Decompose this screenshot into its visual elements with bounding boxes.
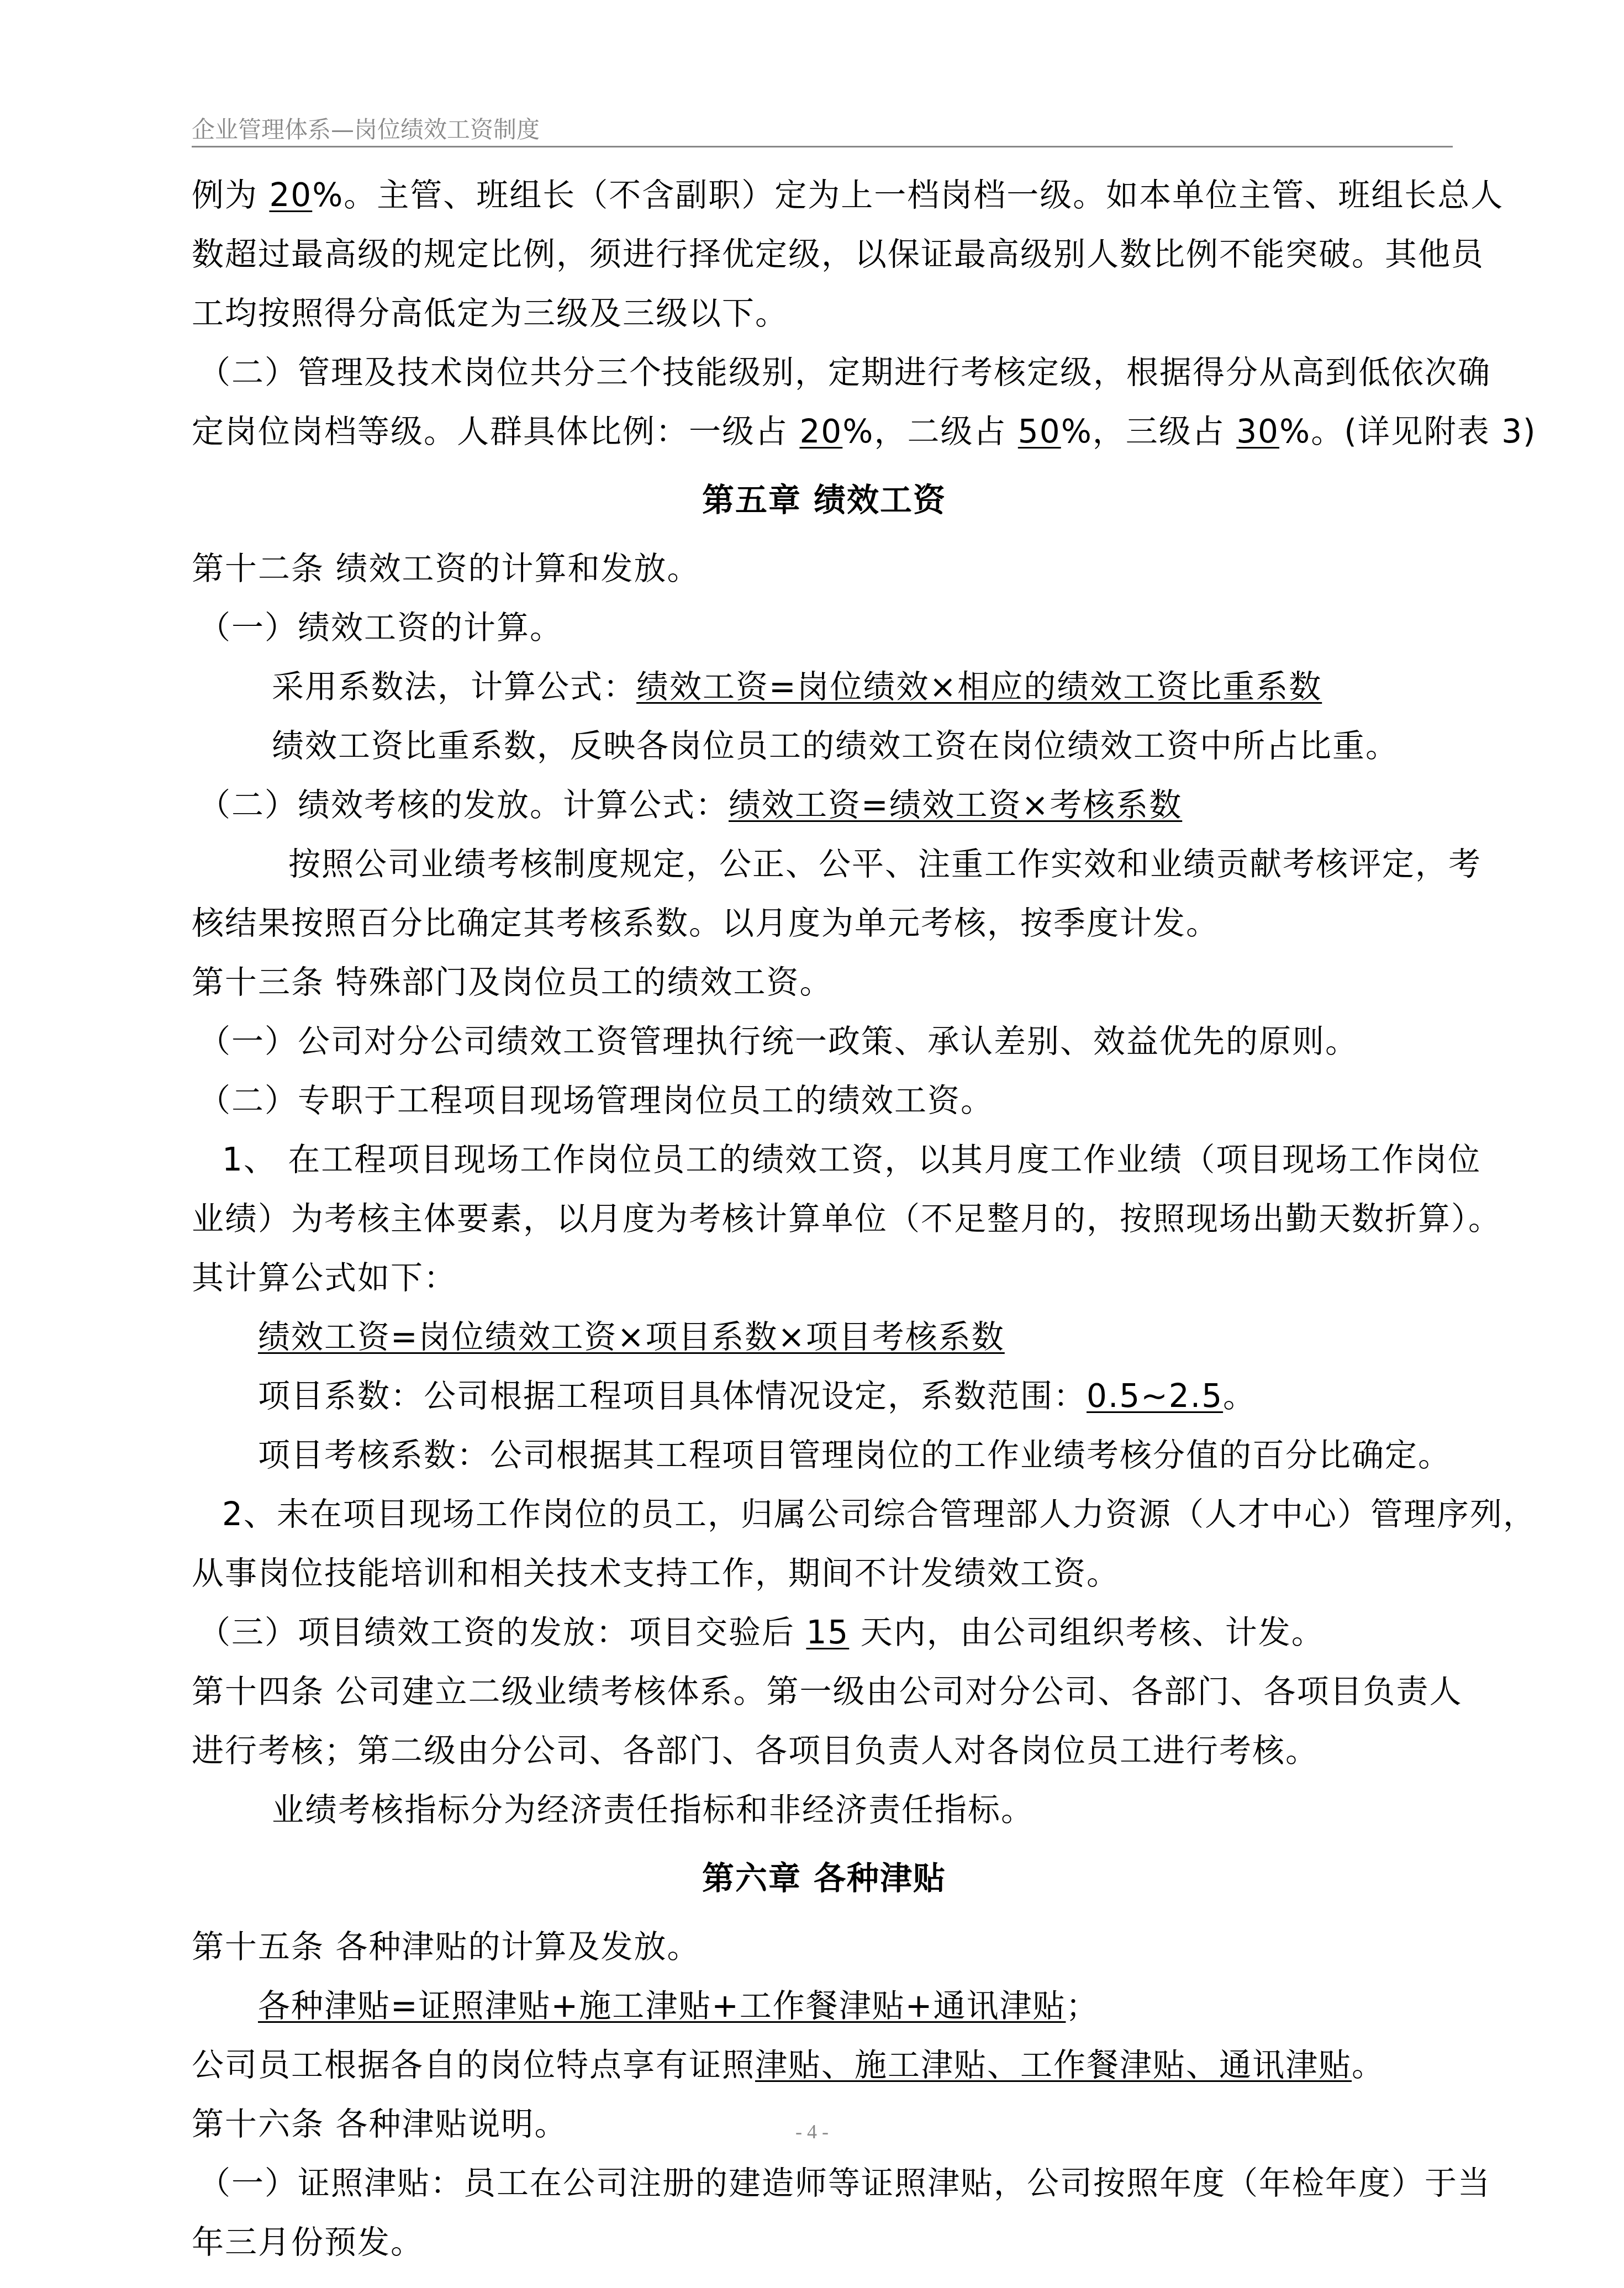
paragraph-line: 从事岗位技能培训和相关技术支持工作，期间不计发绩效工资。: [192, 1544, 1457, 1603]
page-header: 企业管理体系—岗位绩效工资制度: [192, 117, 1453, 147]
paragraph-line: 业绩）为考核主体要素，以月度为考核计算单位（不足整月的，按照现场出勤天数折算）。: [192, 1189, 1457, 1248]
paragraph-line: 例为 20%。主管、班组长（不含副职）定为上一档岗档一级。如本单位主管、班组长总…: [192, 166, 1457, 225]
allowance-list: 津贴、施工津贴、工作餐津贴、通讯津贴: [755, 2046, 1352, 2084]
formula: 绩效工资=岗位绩效×相应的绩效工资比重系数: [636, 668, 1322, 705]
chapter-heading: 第五章 绩效工资: [192, 461, 1457, 539]
paragraph-line: 按照公司业绩考核制度规定，公正、公平、注重工作实效和业绩贡献考核评定，考: [192, 835, 1457, 894]
paragraph-line: 2、未在项目现场工作岗位的员工，归属公司综合管理部人力资源（人才中心）管理序列，: [192, 1485, 1457, 1544]
paragraph-line: 工均按照得分高低定为三级及三级以下。: [192, 284, 1457, 343]
article-heading: 第十四条 公司建立二级业绩考核体系。第一级由公司对分公司、各部门、各项目负责人: [192, 1662, 1457, 1721]
formula: 绩效工资=岗位绩效工资×项目系数×项目考核系数: [258, 1318, 1005, 1356]
percentage-value: 50: [1018, 413, 1061, 450]
document-body: 例为 20%。主管、班组长（不含副职）定为上一档岗档一级。如本单位主管、班组长总…: [192, 166, 1457, 2272]
article-heading: 第十五条 各种津贴的计算及发放。: [192, 1917, 1457, 1976]
paragraph-line: 定岗位岗档等级。人群具体比例：一级占 20%，二级占 50%，三级占 30%。(…: [192, 402, 1457, 461]
chapter-heading: 第六章 各种津贴: [192, 1839, 1457, 1917]
days-value: 15: [806, 1614, 849, 1651]
formula: 各种津贴=证照津贴+施工津贴+工作餐津贴+通讯津贴: [258, 1987, 1066, 2025]
paragraph-line: 核结果按照百分比确定其考核系数。以月度为单元考核，按季度计发。: [192, 894, 1457, 953]
article-heading: 第十三条 特殊部门及岗位员工的绩效工资。: [192, 953, 1457, 1012]
formula-line: （二）绩效考核的发放。计算公式：绩效工资=绩效工资×考核系数: [192, 776, 1457, 835]
paragraph-line: 公司员工根据各自的岗位特点享有证照津贴、施工津贴、工作餐津贴、通讯津贴。: [192, 2036, 1457, 2095]
paragraph-line: 项目系数：公司根据工程项目具体情况设定，系数范围：0.5~2.5。: [192, 1367, 1457, 1426]
formula-line: 绩效工资=岗位绩效工资×项目系数×项目考核系数: [192, 1308, 1457, 1367]
page-number: - 4 -: [0, 2120, 1624, 2143]
paragraph-line: （一）公司对分公司绩效工资管理执行统一政策、承认差别、效益优先的原则。: [192, 1012, 1457, 1071]
paragraph-line: 进行考核；第二级由分公司、各部门、各项目负责人对各岗位员工进行考核。: [192, 1721, 1457, 1780]
paragraph-line: 业绩考核指标分为经济责任指标和非经济责任指标。: [192, 1780, 1457, 1839]
percentage-value: 20: [269, 176, 312, 214]
header-title: 企业管理体系—岗位绩效工资制度: [192, 112, 540, 145]
article-heading: 第十二条 绩效工资的计算和发放。: [192, 539, 1457, 598]
formula: 绩效工资=绩效工资×考核系数: [729, 786, 1182, 824]
paragraph-line: 数超过最高级的规定比例，须进行择优定级，以保证最高级别人数比例不能突破。其他员: [192, 225, 1457, 284]
formula-line: 各种津贴=证照津贴+施工津贴+工作餐津贴+通讯津贴；: [192, 1976, 1457, 2036]
paragraph-line: （一）证照津贴：员工在公司注册的建造师等证照津贴，公司按照年度（年检年度）于当: [192, 2154, 1457, 2213]
percentage-value: 20: [799, 413, 842, 450]
paragraph-line: 项目考核系数：公司根据其工程项目管理岗位的工作业绩考核分值的百分比确定。: [192, 1426, 1457, 1485]
coefficient-range: 0.5~2.5: [1087, 1377, 1223, 1415]
paragraph-line: （三）项目绩效工资的发放：项目交验后 15 天内，由公司组织考核、计发。: [192, 1603, 1457, 1662]
paragraph-line: 绩效工资比重系数，反映各岗位员工的绩效工资在岗位绩效工资中所占比重。: [192, 716, 1457, 776]
percentage-value: 30: [1236, 413, 1279, 450]
paragraph-line: 年三月份预发。: [192, 2213, 1457, 2272]
paragraph-line: 其计算公式如下：: [192, 1248, 1457, 1308]
paragraph-line: （二）管理及技术岗位共分三个技能级别，定期进行考核定级，根据得分从高到低依次确: [192, 343, 1457, 402]
paragraph-line: （一）绩效工资的计算。: [192, 598, 1457, 657]
formula-line: 采用系数法，计算公式：绩效工资=岗位绩效×相应的绩效工资比重系数: [192, 657, 1457, 716]
paragraph-line: 1、 在工程项目现场工作岗位员工的绩效工资，以其月度工作业绩（项目现场工作岗位: [192, 1130, 1457, 1189]
paragraph-line: （二）专职于工程项目现场管理岗位员工的绩效工资。: [192, 1071, 1457, 1130]
